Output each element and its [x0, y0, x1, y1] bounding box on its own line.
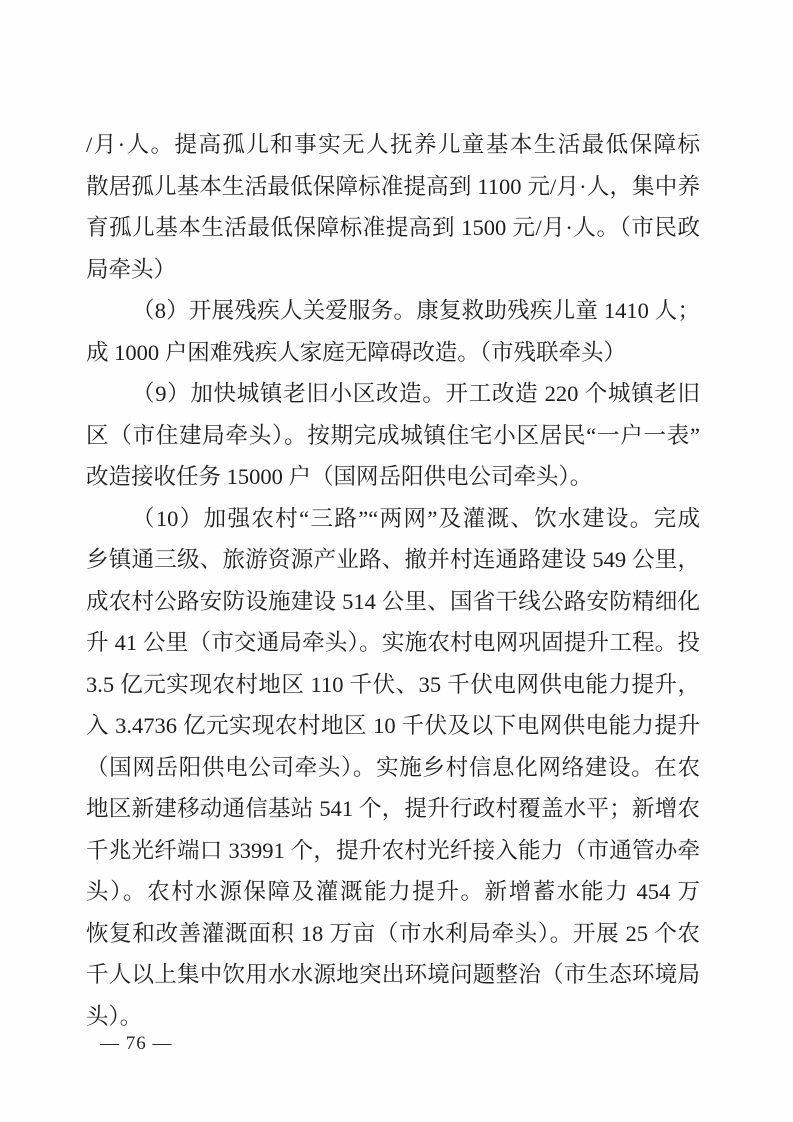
text-line: （8）开展残疾人关爱服务。康复救助残疾儿童 1410 人；完 [86, 290, 700, 332]
text-line: （国网岳阳供电公司牵头）。实施乡村信息化网络建设。在农村 [86, 747, 700, 789]
text-line: 千兆光纤端口 33991 个，提升农村光纤接入能力（市通管办牵 [86, 830, 700, 872]
text-line: 局牵头） [86, 249, 700, 291]
text-line: 区（市住建局牵头）。按期完成城镇住宅小区居民“一户一表” [86, 415, 700, 457]
text-line: 成 1000 户困难残疾人家庭无障碍改造。（市残联牵头） [86, 332, 700, 374]
paragraph-item-9: （9）加快城镇老旧小区改造。开工改造 220 个城镇老旧小 区（市住建局牵头）。… [86, 373, 700, 498]
document-body: /月·人。提高孤儿和事实无人抚养儿童基本生活最低保障标准。 散居孤儿基本生活最低… [86, 124, 700, 1037]
text-line: 乡镇通三级、旅游资源产业路、撤并村连通路建设 549 公里，完 [86, 539, 700, 581]
paragraph-continuation: /月·人。提高孤儿和事实无人抚养儿童基本生活最低保障标准。 散居孤儿基本生活最低… [86, 124, 700, 290]
paragraph-item-10: （10）加强农村“三路”“两网”及灌溉、饮水建设。完成 乡镇通三级、旅游资源产业… [86, 498, 700, 1038]
text-line: 头）。农村水源保障及灌溉能力提升。新增蓄水能力 454 万方； [86, 871, 700, 913]
text-line: 升 41 公里（市交通局牵头）。实施农村电网巩固提升工程。投入 [86, 622, 700, 664]
text-line: （9）加快城镇老旧小区改造。开工改造 220 个城镇老旧小 [86, 373, 700, 415]
text-line: 千人以上集中饮用水水源地突出环境问题整治（市生态环境局牵 [86, 954, 700, 996]
text-line: 头）。 [86, 996, 700, 1038]
paragraph-item-8: （8）开展残疾人关爱服务。康复救助残疾儿童 1410 人；完 成 1000 户困… [86, 290, 700, 373]
page-number: — 76 — [100, 1032, 173, 1056]
text-line: 恢复和改善灌溉面积 18 万亩（市水利局牵头）。开展 25 个农村 [86, 913, 700, 955]
text-line: 入 3.4736 亿元实现农村地区 10 千伏及以下电网供电能力提升 [86, 705, 700, 747]
text-line: 地区新建移动通信基站 541 个，提升行政村覆盖水平；新增农村 [86, 788, 700, 830]
text-line: （10）加强农村“三路”“两网”及灌溉、饮水建设。完成 [86, 498, 700, 540]
text-line: 成农村公路安防设施建设 514 公里、国省干线公路安防精细化提 [86, 581, 700, 623]
text-line: 散居孤儿基本生活最低保障标准提高到 1100 元/月·人，集中养 [86, 166, 700, 208]
text-line: 育孤儿基本生活最低保障标准提高到 1500 元/月·人。（市民政 [86, 207, 700, 249]
document-page: /月·人。提高孤儿和事实无人抚养儿童基本生活最低保障标准。 散居孤儿基本生活最低… [0, 0, 793, 1122]
text-line: 3.5 亿元实现农村地区 110 千伏、35 千伏电网供电能力提升，投 [86, 664, 700, 706]
text-line: /月·人。提高孤儿和事实无人抚养儿童基本生活最低保障标准。 [86, 124, 700, 166]
text-line: 改造接收任务 15000 户（国网岳阳供电公司牵头）。 [86, 456, 700, 498]
